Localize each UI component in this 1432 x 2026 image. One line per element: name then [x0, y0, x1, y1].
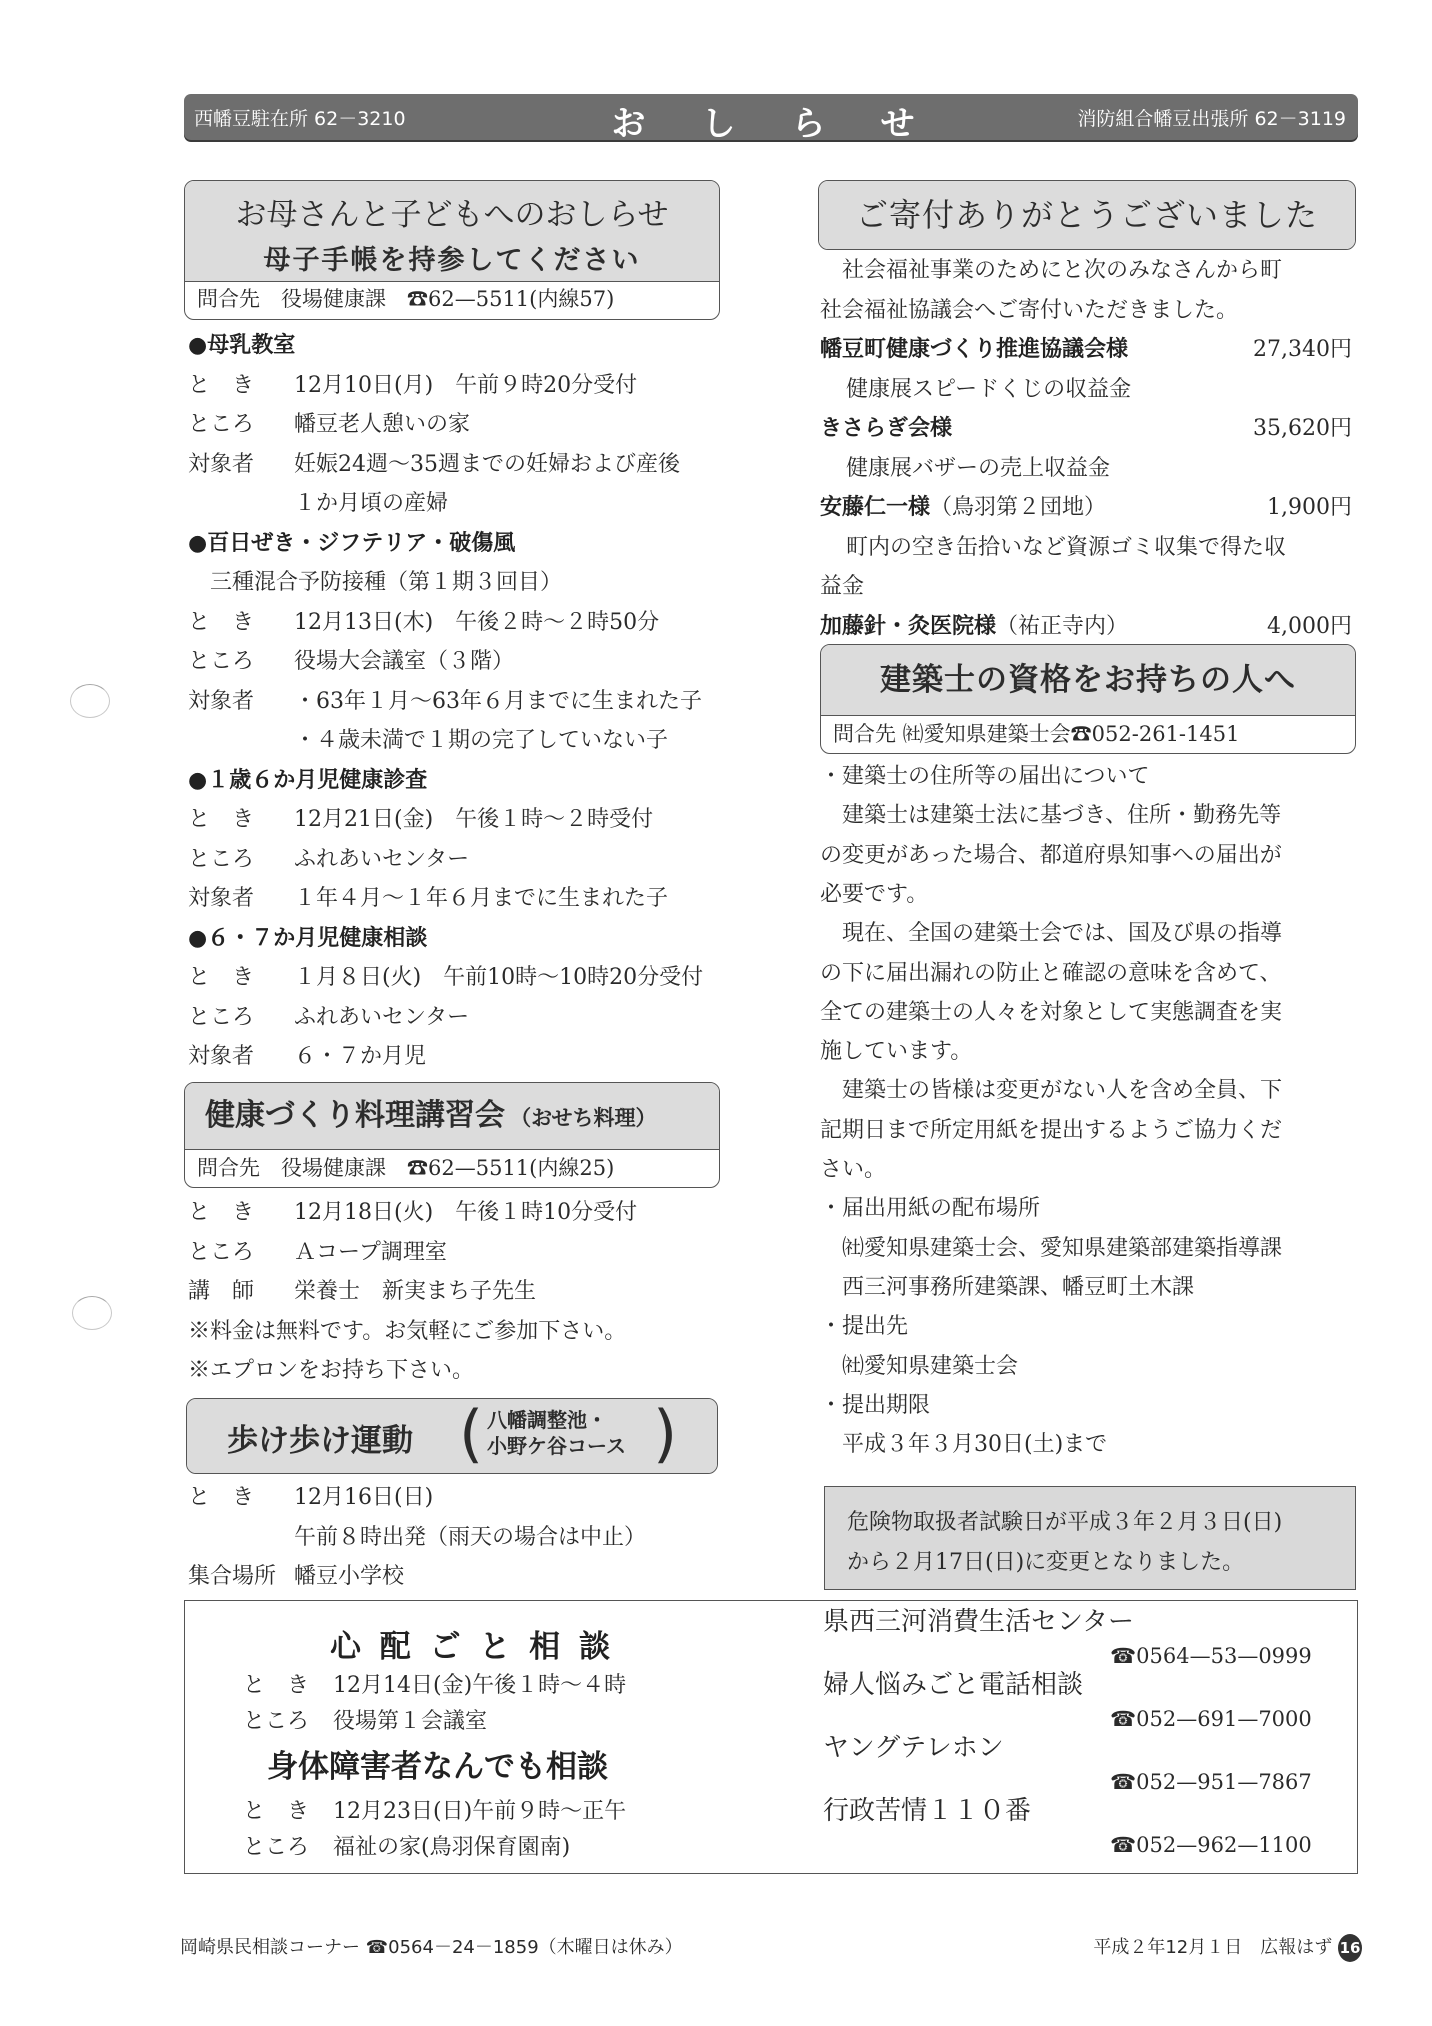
note-line: ※エプロンをお持ち下さい。 — [188, 1356, 474, 1386]
detail-label: と き — [188, 963, 294, 993]
detail-value: 三種混合予防接種（第１期３回目） — [188, 570, 562, 595]
detail-value: Ａコープ調理室 — [294, 1240, 447, 1265]
detail-label: 講 師 — [188, 1277, 294, 1307]
detail-value: 午前８時出発（雨天の場合は中止） — [294, 1525, 646, 1550]
detail-value: １年４月～１年６月までに生まれた子 — [294, 886, 668, 911]
detail-value: 12月14日(金)午後１時～４時 — [333, 1673, 626, 1698]
donor-description: 健康展バザーの売上収益金 — [846, 454, 1110, 484]
detail-value: 栄養士 新実まち子先生 — [294, 1279, 536, 1304]
hazmat-line1: 危険物取扱者試験日が平成３年２月３日(日) — [847, 1505, 1282, 1536]
mother-child-title-box: お母さんと子どもへのおしらせ 母子手帳を持参してください 問合先 役場健康課 ☎… — [184, 180, 720, 320]
hotline-phone: ☎052—691—7000 — [1110, 1704, 1312, 1734]
detail-row: ところ役場大会議室（３階） — [188, 647, 514, 677]
architect-title-box: 建築士の資格をお持ちの人へ 問合先 ㈳愛知県建築士会☎052-261-1451 — [820, 644, 1356, 754]
detail-label: 対象者 — [188, 1042, 294, 1072]
detail-row: １か月頃の産婦 — [188, 489, 448, 519]
worry-consult-title: 心 配 ご と 相 談 — [330, 1621, 614, 1666]
section-heading: ●６・７か月児健康相談 — [188, 924, 427, 954]
mother-child-title: お母さんと子どもへのおしらせ — [185, 181, 719, 234]
detail-label: ところ — [188, 1003, 294, 1033]
detail-row: と き12月21日(金) 午後１時～２時受付 — [188, 805, 653, 835]
notice-line: 平成３年３月30日(土)まで — [820, 1430, 1107, 1460]
notice-line: ・建築士の住所等の届出について — [820, 762, 1150, 792]
donor-row: きさらぎ会様35,620円 — [820, 414, 1352, 444]
detail-value: ふれあいセンター — [294, 1005, 469, 1030]
donor-row: 安藤仁一様（鳥羽第２団地）1,900円 — [820, 493, 1352, 523]
notice-line: 建築士の皆様は変更がない人を含め全員、下 — [820, 1076, 1282, 1106]
donor-name: 幡豆町健康づくり推進協議会様 — [820, 337, 1128, 362]
hazmat-exam-notice: 危険物取扱者試験日が平成３年２月３日(日) から２月17日(日)に変更となりまし… — [824, 1486, 1356, 1590]
walking-course-line2: 小野ケ谷コース — [487, 1434, 626, 1458]
mother-child-subtitle: 母子手帳を持参してください — [185, 234, 719, 277]
detail-row: と き12月14日(金)午後１時～４時 — [243, 1671, 626, 1701]
hotline-name: 行政苦情１１０番 — [823, 1796, 1031, 1826]
punch-hole — [72, 1296, 112, 1330]
header-right-fire: 消防組合幡豆出張所 62－3119 — [1077, 104, 1346, 131]
walking-title-box: 歩け歩け運動 ( 八幡調整池・ 小野ケ谷コース ) — [186, 1398, 718, 1474]
notice-line: 記期日まで所定用紙を提出するようご協力くだ — [820, 1116, 1282, 1146]
consultation-box: 心 配 ご と 相 談 と き12月14日(金)午後１時～４時ところ役場第１会議… — [184, 1600, 1358, 1874]
detail-row: ところ役場第１会議室 — [243, 1707, 487, 1737]
detail-label: と き — [188, 371, 294, 401]
detail-value: １月８日(火) 午前10時～10時20分受付 — [294, 965, 703, 990]
donor-name: きさらぎ会様 — [820, 416, 952, 441]
detail-value: 福祉の家(鳥羽保育園南) — [333, 1835, 570, 1860]
notice-line: 建築士は建築士法に基づき、住所・勤務先等 — [820, 801, 1281, 831]
cooking-title: 健康づくり料理講習会 — [205, 1098, 505, 1133]
donor-description: 益金 — [820, 572, 864, 602]
detail-label: ところ — [188, 647, 294, 677]
detail-value: 妊娠24週～35週までの妊婦および産後 — [294, 452, 680, 477]
architect-title: 建築士の資格をお持ちの人へ — [821, 645, 1355, 715]
cooking-title-box: 健康づくり料理講習会 （おせち料理） 問合先 役場健康課 ☎62—5511(内線… — [184, 1082, 720, 1188]
page-number-badge: 16 — [1338, 1934, 1362, 1962]
detail-value: 幡豆小学校 — [294, 1564, 404, 1589]
notice-line: 全ての建築士の人々を対象として実態調査を実 — [820, 998, 1282, 1028]
hotline-name: 県西三河消費生活センター — [823, 1607, 1134, 1637]
detail-row: ところふれあいセンター — [188, 1003, 469, 1033]
donor-amount: 1,900円 — [1267, 493, 1352, 523]
cooking-title-note: （おせち料理） — [510, 1106, 656, 1130]
intro-line: 社会福祉事業のためにと次のみなさんから町 — [820, 256, 1282, 286]
detail-label: 対象者 — [188, 884, 294, 914]
notice-line: の下に届出漏れの防止と確認の意味を含めて、 — [820, 959, 1282, 989]
detail-row: と き12月13日(木) 午後２時～２時50分 — [188, 608, 659, 638]
detail-value: 12月23日(日)午前９時～正午 — [333, 1799, 626, 1824]
detail-row: と き１月８日(火) 午前10時～10時20分受付 — [188, 963, 703, 993]
detail-value: 12月10日(月) 午前９時20分受付 — [294, 373, 637, 398]
detail-row: と き12月10日(月) 午前９時20分受付 — [188, 371, 637, 401]
detail-row: 三種混合予防接種（第１期３回目） — [188, 568, 562, 598]
detail-label: と き — [243, 1797, 333, 1827]
detail-label: 集合場所 — [188, 1562, 294, 1592]
cooking-contact: 問合先 役場健康課 ☎62—5511(内線25) — [185, 1149, 719, 1186]
notice-line: 現在、全国の建築士会では、国及び県の指導 — [820, 919, 1282, 949]
donor-name: 加藤針・灸医院様 — [820, 614, 996, 639]
detail-row: 講 師栄養士 新実まち子先生 — [188, 1277, 536, 1307]
donor-row: 加藤針・灸医院様（祐正寺内）4,000円 — [820, 612, 1352, 642]
hotline-phone: ☎0564—53—0999 — [1110, 1641, 1312, 1671]
walking-title: 歩け歩け運動 — [227, 1415, 413, 1460]
detail-value: ・４歳未満で１期の完了していない子 — [294, 728, 668, 753]
detail-row: 対象者１年４月～１年６月までに生まれた子 — [188, 884, 668, 914]
detail-value: 12月21日(金) 午後１時～２時受付 — [294, 807, 653, 832]
detail-value: ふれあいセンター — [294, 847, 469, 872]
detail-label: と き — [188, 1198, 294, 1228]
detail-label: ところ — [243, 1707, 333, 1737]
detail-value: ・63年１月～63年６月までに生まれた子 — [294, 689, 702, 714]
detail-row: と き12月16日(日) — [188, 1483, 433, 1513]
hotline-phone: ☎052—962—1100 — [1110, 1830, 1312, 1860]
paren-close: ) — [653, 1399, 677, 1469]
hotline-phone: ☎052—951—7867 — [1110, 1767, 1312, 1797]
intro-line: 社会福祉協議会へご寄付いただきました。 — [820, 296, 1238, 326]
detail-label: ところ — [188, 845, 294, 875]
detail-label: 対象者 — [188, 450, 294, 480]
notice-line: さい。 — [820, 1155, 886, 1185]
detail-label: と き — [188, 1483, 294, 1513]
detail-label: ところ — [188, 1238, 294, 1268]
notice-line: ㈳愛知県建築士会 — [820, 1352, 1018, 1382]
donor-note: （鳥羽第２団地） — [930, 495, 1106, 520]
detail-row: ・４歳未満で１期の完了していない子 — [188, 726, 668, 756]
note-line: ※料金は無料です。お気軽にご参加下さい。 — [188, 1317, 626, 1347]
detail-label: と き — [188, 608, 294, 638]
detail-value: 役場第１会議室 — [333, 1709, 487, 1734]
detail-label: と き — [188, 805, 294, 835]
detail-row: 対象者６・７か月児 — [188, 1042, 426, 1072]
detail-value: 12月18日(火) 午後１時10分受付 — [294, 1200, 637, 1225]
detail-label: ところ — [243, 1833, 333, 1863]
donor-amount: 35,620円 — [1253, 414, 1352, 444]
notice-line: 西三河事務所建築課、幡豆町土木課 — [820, 1273, 1194, 1303]
detail-value: 12月13日(木) 午後２時～２時50分 — [294, 610, 659, 635]
footer-right: 平成２年12月１日 広報はず 16 — [1093, 1933, 1362, 1962]
donor-name: 安藤仁一様 — [820, 495, 930, 520]
paren-open: ( — [459, 1399, 483, 1469]
detail-row: と き12月23日(日)午前９時～正午 — [243, 1797, 626, 1827]
walking-course-line1: 八幡調整池・ — [487, 1408, 607, 1432]
footer-date-publication: 平成２年12月１日 広報はず — [1093, 1937, 1332, 1958]
donor-row: 幡豆町健康づくり推進協議会様27,340円 — [820, 335, 1352, 365]
notice-line: 施しています。 — [820, 1037, 972, 1067]
notice-line: ・提出先 — [820, 1312, 908, 1342]
detail-row: 午前８時出発（雨天の場合は中止） — [188, 1523, 646, 1553]
notice-line: ・届出用紙の配布場所 — [820, 1194, 1040, 1224]
detail-row: ところ福祉の家(鳥羽保育園南) — [243, 1833, 570, 1863]
punch-hole — [70, 684, 110, 718]
donation-title: ご寄付ありがとうございました — [819, 181, 1355, 249]
detail-label: 対象者 — [188, 687, 294, 717]
detail-value: 役場大会議室（３階） — [294, 649, 514, 674]
disabled-consult-title: 身体障害者なんでも相談 — [267, 1741, 608, 1786]
detail-row: 対象者妊娠24週～35週までの妊婦および産後 — [188, 450, 680, 480]
section-heading: ●１歳６か月児健康診査 — [188, 766, 427, 796]
donor-description: 健康展スピードくじの収益金 — [846, 375, 1131, 405]
detail-row: 集合場所幡豆小学校 — [188, 1562, 404, 1592]
detail-value: １か月頃の産婦 — [294, 491, 448, 516]
notice-line: ・提出期限 — [820, 1391, 930, 1421]
notice-line: ㈳愛知県建築士会、愛知県建築部建築指導課 — [820, 1234, 1282, 1264]
donation-title-box: ご寄付ありがとうございました — [818, 180, 1356, 250]
hotline-name: 婦人悩みごと電話相談 — [823, 1670, 1083, 1700]
architect-contact: 問合先 ㈳愛知県建築士会☎052-261-1451 — [821, 715, 1355, 752]
donor-amount: 4,000円 — [1267, 612, 1352, 642]
mother-child-contact: 問合先 役場健康課 ☎62—5511(内線57) — [185, 281, 719, 316]
hotline-name: ヤングテレホン — [823, 1733, 1004, 1763]
detail-row: ところふれあいセンター — [188, 845, 469, 875]
section-heading: ●百日ぜき・ジフテリア・破傷風 — [188, 529, 515, 559]
detail-row: ところＡコープ調理室 — [188, 1238, 447, 1268]
footer-left-consult-corner: 岡崎県民相談コーナー ☎0564－24－1859（木曜日は休み） — [180, 1933, 683, 1959]
notice-line: 必要です。 — [820, 880, 928, 910]
hazmat-line2: から２月17日(日)に変更となりました。 — [847, 1545, 1244, 1576]
notice-line: の変更があった場合、都道府県知事への届出が — [820, 841, 1282, 871]
detail-value: 幡豆老人憩いの家 — [294, 412, 470, 437]
section-heading: ●母乳教室 — [188, 331, 295, 361]
header-band: 西幡豆駐在所 62－3210 おしらせ 消防組合幡豆出張所 62－3119 — [184, 94, 1358, 140]
detail-row: と き12月18日(火) 午後１時10分受付 — [188, 1198, 637, 1228]
detail-value: ６・７か月児 — [294, 1044, 426, 1069]
donor-note: （祐正寺内） — [996, 614, 1128, 639]
donor-amount: 27,340円 — [1253, 335, 1352, 365]
detail-value: 12月16日(日) — [294, 1485, 433, 1510]
detail-label: と き — [243, 1671, 333, 1701]
donor-description: 町内の空き缶拾いなど資源ゴミ収集で得た収 — [846, 533, 1286, 563]
detail-row: ところ幡豆老人憩いの家 — [188, 410, 470, 440]
detail-label: ところ — [188, 410, 294, 440]
detail-row: 対象者・63年１月～63年６月までに生まれた子 — [188, 687, 702, 717]
